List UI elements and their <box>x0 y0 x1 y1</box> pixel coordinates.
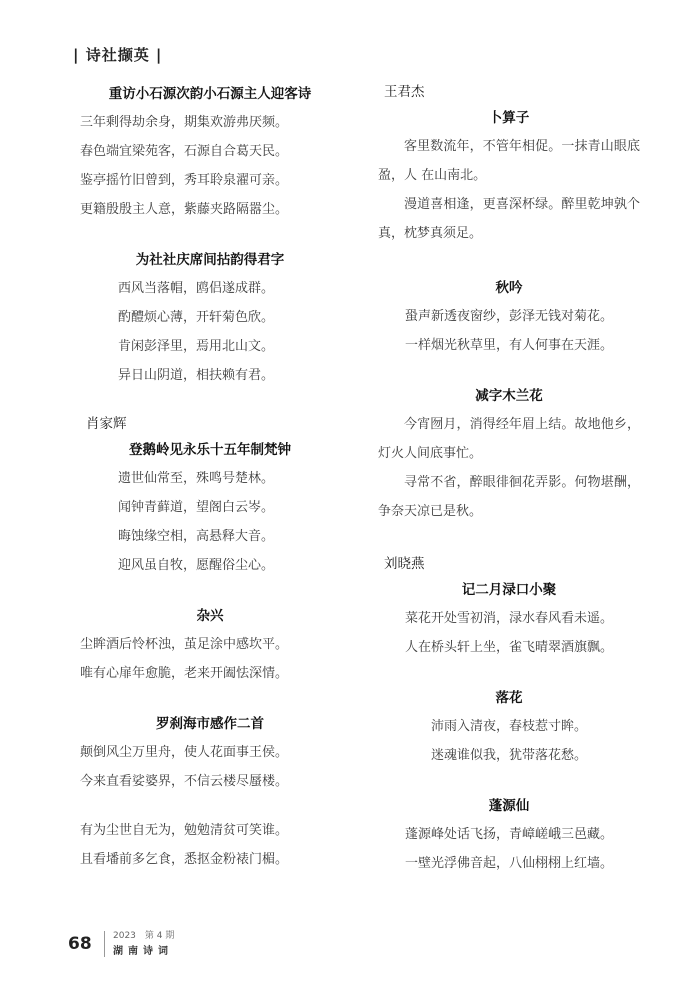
poem-paragraph: 寻常不省，醉眼徘徊花弄影。何物堪酬，争奈天凉已是秋。 <box>378 468 640 526</box>
poem: 登鹅岭见永乐十五年制梵钟 遗世仙常至，殊鸣号楚林。 闻钟青藓道，望阁白云岑。 晦… <box>80 436 340 580</box>
poem-line: 人在桥头轩上坐，雀飞晴翠酒旗飘。 <box>378 633 640 662</box>
poem-paragraph: 客里数流年，不管年相促。一抹青山眼底盈，人 在山南北。 <box>378 132 640 190</box>
poem-line: 颠倒风尘万里舟，使人花面事王侯。 <box>80 738 340 767</box>
poem-line: 蓬源峰处话飞扬，青嶂嵯峨三邑藏。 <box>378 820 640 849</box>
poem-line: 沛雨入清夜，春枝惹寸眸。 <box>378 712 640 741</box>
poem-line: 西风当落帽，鸥侣遂成群。 <box>80 274 340 303</box>
poem-title: 蓬源仙 <box>378 792 640 820</box>
poem: 蓬源仙 蓬源峰处话飞扬，青嶂嵯峨三邑藏。 一壁光浮佛音起，八仙栩栩上红墙。 <box>378 792 640 878</box>
poem-paragraph: 今宵囫月，消得经年眉上结。故地他乡，灯火人间底事忙。 <box>378 410 640 468</box>
poem-line: 异日山阴道，相扶赖有君。 <box>80 361 340 390</box>
poem-paragraph: 漫道喜相逢，更喜深杯绿。醉里乾坤孰个真，枕梦真须足。 <box>378 190 640 248</box>
poem-line: 尘眸酒后怜杯浊，茧足涂中感坎平。 <box>80 630 340 659</box>
poem-title: 记二月渌口小聚 <box>378 576 640 604</box>
poem-title: 杂兴 <box>80 602 340 630</box>
poem: 记二月渌口小聚 菜花开处雪初消，渌水春风看未遥。 人在桥头轩上坐，雀飞晴翠酒旗飘… <box>378 576 640 662</box>
page-footer: 68 2023 第 4 期 湖南诗词 <box>68 930 174 957</box>
poem-title: 减字木兰花 <box>378 382 640 410</box>
poem: 重访小石源次韵小石源主人迎客诗 三年剩得劫余身，期集欢游弗厌频。 春色端宜梁苑客… <box>80 80 340 224</box>
poem: 秋吟 蛩声新透夜窗纱，彭泽无钱对菊花。 一样烟光秋草里，有人何事在天涯。 <box>378 274 640 360</box>
poem-title: 登鹅岭见永乐十五年制梵钟 <box>80 436 340 464</box>
poem: 落花 沛雨入清夜，春枝惹寸眸。 迷魂谁似我，犹带落花愁。 <box>378 684 640 770</box>
poem-line: 菜花开处雪初消，渌水春风看未遥。 <box>378 604 640 633</box>
poem: 为社社庆席间拈韵得君字 西风当落帽，鸥侣遂成群。 酌醴烦心薄，开轩菊色欣。 肯闲… <box>80 246 340 390</box>
poem-line: 迎风虽自牧，愿醒俗尘心。 <box>80 551 340 580</box>
poem: 杂兴 尘眸酒后怜杯浊，茧足涂中感坎平。 唯有心扉年愈脆，老来开阖怯深情。 <box>80 602 340 688</box>
poem-line: 更籍殷殷主人意，紫藤夹路隔嚣尘。 <box>80 195 340 224</box>
poem-line: 一样烟光秋草里，有人何事在天涯。 <box>378 331 640 360</box>
poem-line: 遗世仙常至，殊鸣号楚林。 <box>80 464 340 493</box>
poem-title: 卜算子 <box>378 104 640 132</box>
magazine-name: 湖南诗词 <box>113 942 174 957</box>
poem-line: 且看墦前多乞食，悉抠金粉裱门楣。 <box>80 845 340 874</box>
poem-line: 一壁光浮佛音起，八仙栩栩上红墙。 <box>378 849 640 878</box>
poem-line: 酌醴烦心薄，开轩菊色欣。 <box>80 303 340 332</box>
section-tag: | 诗社撷英 | <box>73 44 162 65</box>
poem-line: 蛩声新透夜窗纱，彭泽无钱对菊花。 <box>378 302 640 331</box>
author-name: 王君杰 <box>384 80 640 104</box>
poem-line: 闻钟青藓道，望阁白云岑。 <box>80 493 340 522</box>
poem-title: 重访小石源次韵小石源主人迎客诗 <box>80 80 340 108</box>
poem-title: 罗刹海市感作二首 <box>80 710 340 738</box>
footer-divider <box>104 931 105 957</box>
poem-line: 迷魂谁似我，犹带落花愁。 <box>378 741 640 770</box>
page-number: 68 <box>68 934 98 954</box>
poem: 卜算子 客里数流年，不管年相促。一抹青山眼底盈，人 在山南北。 漫道喜相逢，更喜… <box>378 104 640 248</box>
left-column: 重访小石源次韵小石源主人迎客诗 三年剩得劫余身，期集欢游弗厌频。 春色端宜梁苑客… <box>80 80 340 874</box>
poem-title: 秋吟 <box>378 274 640 302</box>
poem-line: 晦蚀缘空相，高悬释大音。 <box>80 522 340 551</box>
poem-line: 鉴亭摇竹旧曾到，秀耳聆泉濯可亲。 <box>80 166 340 195</box>
poem-title: 落花 <box>378 684 640 712</box>
author-name: 肖家辉 <box>86 412 340 436</box>
poem-line: 春色端宜梁苑客，石源自合葛天民。 <box>80 137 340 166</box>
issue-label: 2023 第 4 期 <box>113 930 174 942</box>
poem-line: 唯有心扉年愈脆，老来开阖怯深情。 <box>80 659 340 688</box>
poem-line: 今来直看娑婆界，不信云楼尽蜃楼。 <box>80 767 340 796</box>
poem-line: 三年剩得劫余身，期集欢游弗厌频。 <box>80 108 340 137</box>
poem: 罗刹海市感作二首 颠倒风尘万里舟，使人花面事王侯。 今来直看娑婆界，不信云楼尽蜃… <box>80 710 340 874</box>
poem: 减字木兰花 今宵囫月，消得经年眉上结。故地他乡，灯火人间底事忙。 寻常不省，醉眼… <box>378 382 640 526</box>
author-name: 刘晓燕 <box>384 552 640 576</box>
right-column: 王君杰 卜算子 客里数流年，不管年相促。一抹青山眼底盈，人 在山南北。 漫道喜相… <box>378 80 640 878</box>
poem-line: 有为尘世自无为，勉勉清贫可笑谁。 <box>80 816 340 845</box>
poem-line: 肯闲彭泽里，焉用北山文。 <box>80 332 340 361</box>
poem-title: 为社社庆席间拈韵得君字 <box>80 246 340 274</box>
